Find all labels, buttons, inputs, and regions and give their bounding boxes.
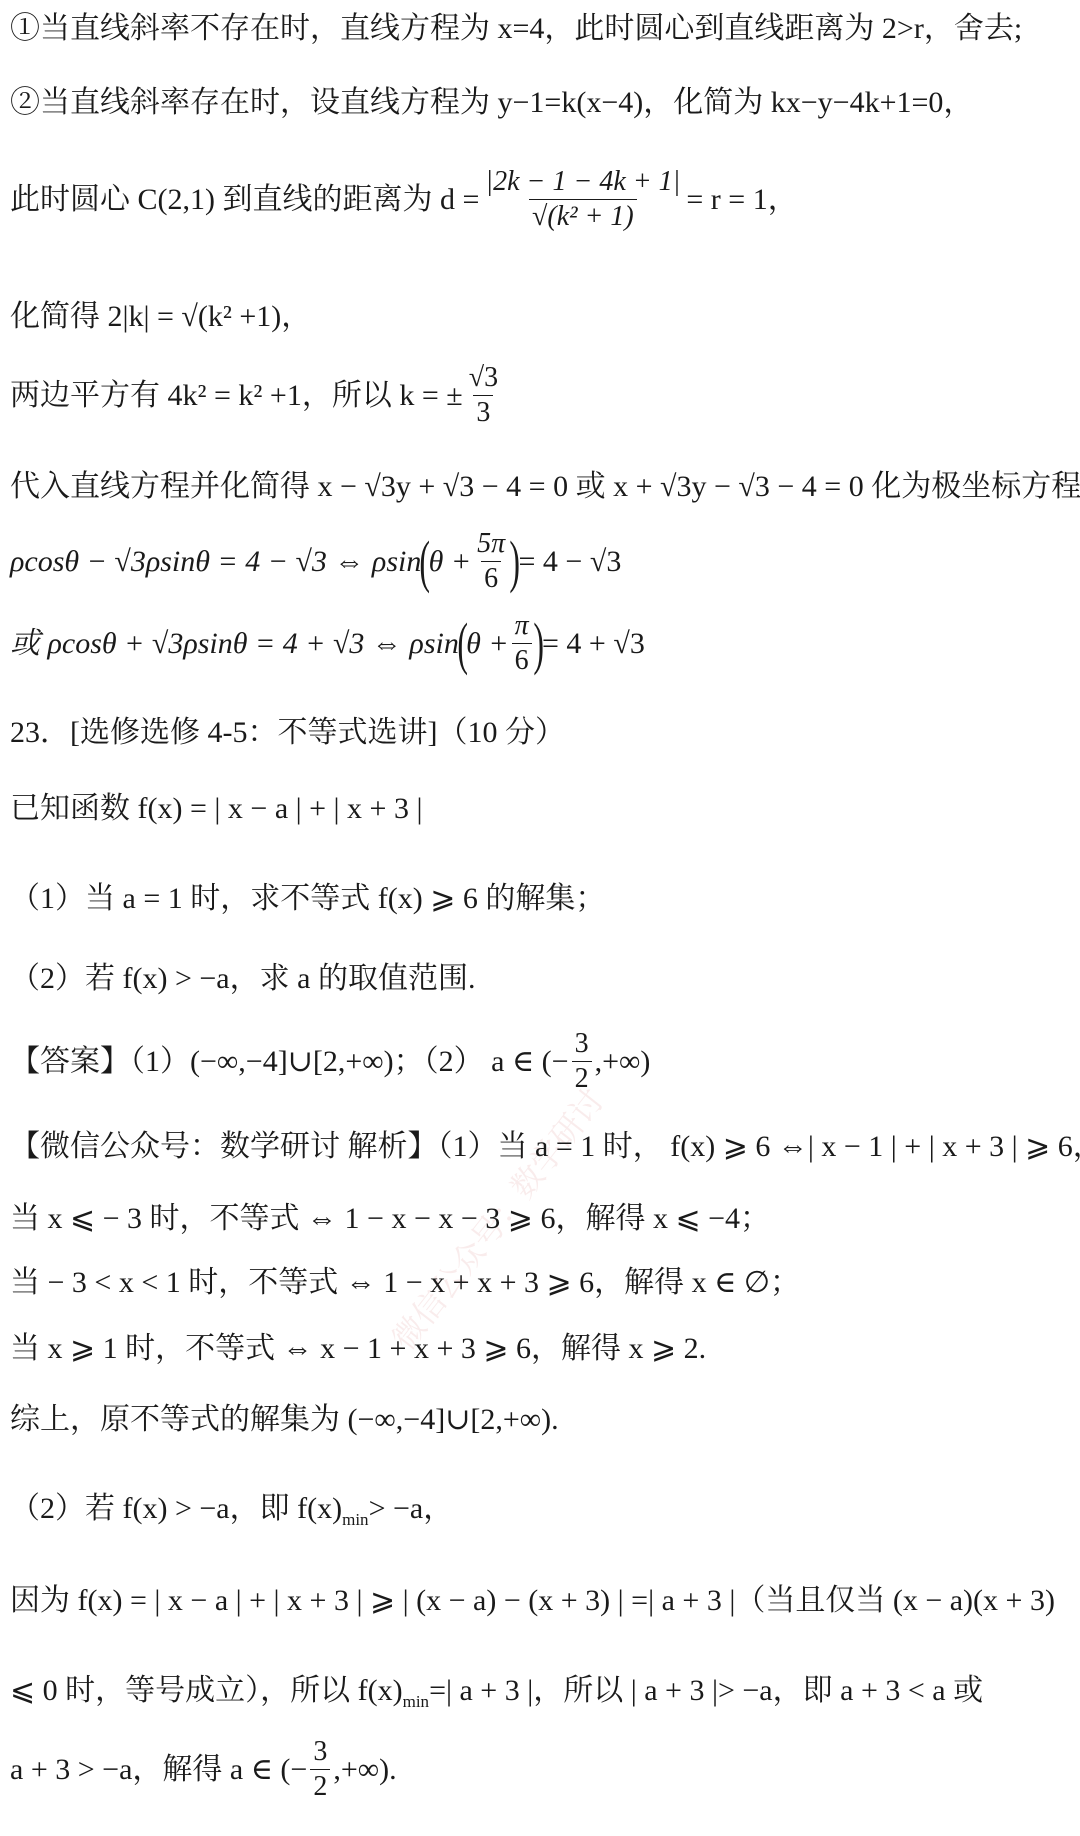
right-paren: ) [510,533,521,591]
fraction: √3 3 [466,364,501,427]
line-substitute: 代入直线方程并化简得 x − √3y + √3 − 4 = 0 或 x + √3… [10,472,1080,502]
fraction-numerator: 3 [572,1030,592,1061]
analysis-part-1: 【微信公众号：数学研讨 解析】（1）当 a = 1 时， f(x) ⩾ 6 ⇔|… [10,1132,1080,1162]
fraction-denominator: 3 [473,395,493,427]
line-distance-formula: 此时圆心 C(2,1) 到直线的距离为 d = |2k − 1 − 4k + 1… [10,168,798,231]
line-prefix: 此时圆心 C(2,1) 到直线的距离为 d = [10,185,479,215]
fraction: π 6 [512,612,532,675]
line-prefix: 两边平方有 4k² = k² +1，所以 k = ± [10,381,463,411]
line-suffix: = 4 − √3 [519,547,622,577]
fraction-denominator: 2 [310,1769,330,1801]
line-polar-2: 或 ρcosθ + √3ρsinθ = 4 + √3 ⇔ ρsin ( θ + … [10,612,645,675]
analysis-case-3: 当 x ⩾ 1 时，不等式 ⇔ x − 1 + x + 3 ⩾ 6，解得 x ⩾… [10,1334,706,1364]
subscript: min [342,1511,368,1528]
line-text: ①当直线斜率不存在时，直线方程为 x=4，此时圆心到直线距离为 2>r，舍去; [10,14,1022,44]
line-prefix: （2）若 f(x) > −a，即 f(x) [10,1494,342,1524]
answer-line: 【答案】（1）(−∞,−4]∪[2,+∞)；（2） a ∈ (− 3 2 ,+∞… [10,1030,650,1093]
line-text: 当 x ⩽ − 3 时，不等式 ⇔ 1 − x − x − 3 ⩾ 6，解得 x… [10,1204,770,1234]
left-paren: ( [457,615,468,673]
line-case-2: ②当直线斜率存在时，设直线方程为 y−1=k(x−4)，化简为 kx−y−4k+… [10,88,973,118]
line-text: 【微信公众号：数学研讨 解析】（1）当 a = 1 时， f(x) ⩾ 6 ⇔|… [10,1132,1080,1162]
line-text: 化简得 2|k| = √(k² +1)， [10,302,311,332]
line-text: （1）当 a = 1 时，求不等式 f(x) ⩾ 6 的解集； [10,884,605,914]
fraction-numerator: 3 [310,1738,330,1769]
line-suffix: ,+∞) [595,1047,651,1077]
line-prefix: a + 3 > −a，解得 a ∈ (− [10,1755,307,1785]
fraction-numerator: π [512,612,532,643]
inner-prefix: θ + [466,629,508,659]
line-polar-1: ρcosθ − √3ρsinθ = 4 − √3 ⇔ ρsin ( θ + 5π… [10,530,621,593]
line-suffix: = r = 1， [686,185,797,215]
line-text: 因为 f(x) = | x − a | + | x + 3 | ⩾ | (x −… [10,1586,1055,1616]
fraction: |2k − 1 − 4k + 1| √(k² + 1) [482,168,683,231]
fraction: 5π 6 [474,530,508,593]
analysis-case-2: 当 − 3 < x < 1 时，不等式 ⇔ 1 − x + x + 3 ⩾ 6，… [10,1268,800,1298]
analysis-case-1: 当 x ⩽ − 3 时，不等式 ⇔ 1 − x − x − 3 ⩾ 6，解得 x… [10,1204,770,1234]
line-suffix: =| a + 3 |，所以 | a + 3 |> −a，即 a + 3 < a … [429,1676,983,1706]
analysis-conclusion: a + 3 > −a，解得 a ∈ (− 3 2 ,+∞). [10,1738,397,1801]
line-suffix: = 4 + √3 [542,629,645,659]
fraction: 3 2 [572,1030,592,1093]
fraction-numerator: |2k − 1 − 4k + 1| [482,168,683,199]
subscript: min [403,1693,429,1710]
line-square-both-sides: 两边平方有 4k² = k² +1，所以 k = ± √3 3 [10,364,504,427]
line-suffix: > −a， [369,1494,454,1524]
fraction-denominator: 2 [572,1061,592,1093]
analysis-because: 因为 f(x) = | x − a | + | x + 3 | ⩾ | (x −… [10,1586,1055,1616]
line-text: 已知函数 f(x) = | x − a | + | x + 3 | [10,794,423,824]
line-prefix: 【答案】（1）(−∞,−4]∪[2,+∞)；（2） a ∈ (− [10,1047,569,1077]
left-paren: ( [420,533,431,591]
line-suffix: ,+∞). [333,1755,396,1785]
fraction-denominator: 6 [512,643,532,675]
line-text: ②当直线斜率存在时，设直线方程为 y−1=k(x−4)，化简为 kx−y−4k+… [10,88,973,118]
inner-prefix: θ + [429,547,471,577]
line-prefix: 或 ρcosθ + √3ρsinθ = 4 + √3 ⇔ ρsin [10,629,459,659]
line-text: 当 x ⩾ 1 时，不等式 ⇔ x − 1 + x + 3 ⩾ 6，解得 x ⩾… [10,1334,706,1364]
line-prefix: ρcosθ − √3ρsinθ = 4 − √3 ⇔ ρsin [10,547,421,577]
line-case-1: ①当直线斜率不存在时，直线方程为 x=4，此时圆心到直线距离为 2>r，舍去; [10,14,1022,44]
fraction-denominator: 6 [481,561,501,593]
fraction-numerator: 5π [474,530,508,561]
line-text: 23．[选修选修 4-5：不等式选讲]（10 分） [10,718,565,748]
question-23-function: 已知函数 f(x) = | x − a | + | x + 3 | [10,794,423,824]
question-23-part-1: （1）当 a = 1 时，求不等式 f(x) ⩾ 6 的解集； [10,884,605,914]
line-text: 代入直线方程并化简得 x − √3y + √3 − 4 = 0 或 x + √3… [10,472,1080,502]
question-23-part-2: （2）若 f(x) > −a，求 a 的取值范围. [10,964,475,994]
analysis-part-2: （2）若 f(x) > −a，即 f(x) min > −a， [10,1494,453,1524]
analysis-therefore: ⩽ 0 时，等号成立），所以 f(x) min =| a + 3 |，所以 | … [10,1676,983,1706]
question-23-heading: 23．[选修选修 4-5：不等式选讲]（10 分） [10,718,565,748]
fraction-denominator: √(k² + 1) [529,199,637,231]
line-simplify: 化简得 2|k| = √(k² +1)， [10,302,311,332]
line-text: （2）若 f(x) > −a，求 a 的取值范围. [10,964,475,994]
line-text: 综上，原不等式的解集为 (−∞,−4]∪[2,+∞). [10,1405,559,1435]
fraction-numerator: √3 [466,364,501,395]
line-text: 当 − 3 < x < 1 时，不等式 ⇔ 1 − x + x + 3 ⩾ 6，… [10,1268,800,1298]
right-paren: ) [533,615,544,673]
fraction: 3 2 [310,1738,330,1801]
analysis-summary: 综上，原不等式的解集为 (−∞,−4]∪[2,+∞). [10,1405,559,1435]
line-prefix: ⩽ 0 时，等号成立），所以 f(x) [10,1676,403,1706]
